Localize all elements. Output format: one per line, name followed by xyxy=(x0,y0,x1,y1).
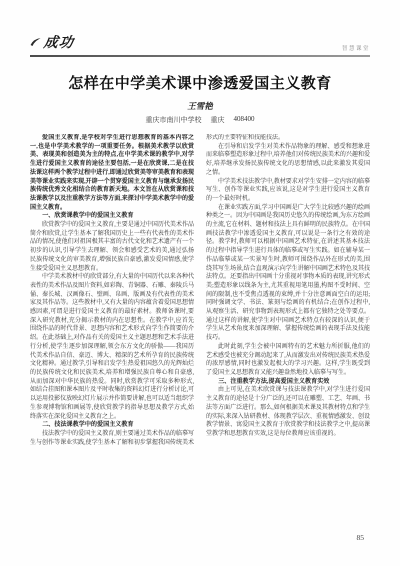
section-heading-1: 一、欣赏课教学中的爱国主义教育 xyxy=(30,212,194,221)
affiliation-postcode: 408400 xyxy=(234,115,255,125)
section-2-paragraph: 在引导和启发学生对美术作品物象的理解、感受和想象进而来临摹塑造形象过程中,培养他… xyxy=(206,143,370,178)
affiliation-city: 重庆 xyxy=(211,115,225,125)
section-heading-2: 二、技法课教学中的爱国主义教育 xyxy=(30,421,194,430)
section-2-paragraph: 在课业实践方面,学习中国画是广大学生比较感兴趣的绘画种类之一。因为中国画是我国历… xyxy=(206,204,370,343)
section-1-paragraph: 中学美术教材中的欣赏部分,有大量的中国历代以来各种代表性的美术作品及图片资料,如… xyxy=(30,273,194,421)
section-3-paragraph: 由上可见,在美术欣赏课与技法课教学中,对学生进行爱国主义教育的途径是十分广泛的,… xyxy=(206,386,370,438)
header-divider xyxy=(30,55,370,57)
article-title: 怎样在中学美术课中渗透爱国主义教育 xyxy=(30,72,370,93)
abstract-paragraph: 爱国主义教育,是学校对学生进行思想教育的基本内容之一,也是中学美术教学的一项重要… xyxy=(30,134,194,212)
journal-logo-text: 成功 xyxy=(43,32,76,52)
page-header: 成功 智慧课堂 xyxy=(30,36,370,52)
author-name: 王雪艳 xyxy=(30,100,370,112)
journal-page: 成功 智慧课堂 怎样在中学美术课中渗透爱国主义教育 王雪艳 重庆市南川中学校 重… xyxy=(0,0,400,566)
article-body: 爱国主义教育,是学校对学生进行思想教育的基本内容之一,也是中学美术教学的一项重要… xyxy=(30,134,370,456)
page-number: 85 xyxy=(357,533,365,542)
section-2-paragraph: 此时此刻,学生会被中国画特有的艺术魅力所折服,他们的艺术感受也被充分调动起来了,… xyxy=(206,343,370,378)
section-1-paragraph: 欣赏教学中的爱国主义教育,主要是通过中国历代美术作品简介和欣赏,让学生基本了解我… xyxy=(30,221,194,273)
logo-flourish-icon xyxy=(29,36,43,48)
section-2-paragraph: 中学美术技法教学中,教材要求对学生安排一定内容的临摹写生、创作等课业实践,应该说… xyxy=(206,178,370,204)
affiliation-line: 重庆市南川中学校 重庆 408400 xyxy=(30,115,370,125)
affiliation-school: 重庆市南川中学校 xyxy=(146,115,202,125)
column-label: 智慧课堂 xyxy=(342,44,370,52)
section-heading-3: 三、注重教学方法,提高爱国主义教育实效 xyxy=(206,378,370,387)
journal-logo: 成功 xyxy=(29,32,76,52)
